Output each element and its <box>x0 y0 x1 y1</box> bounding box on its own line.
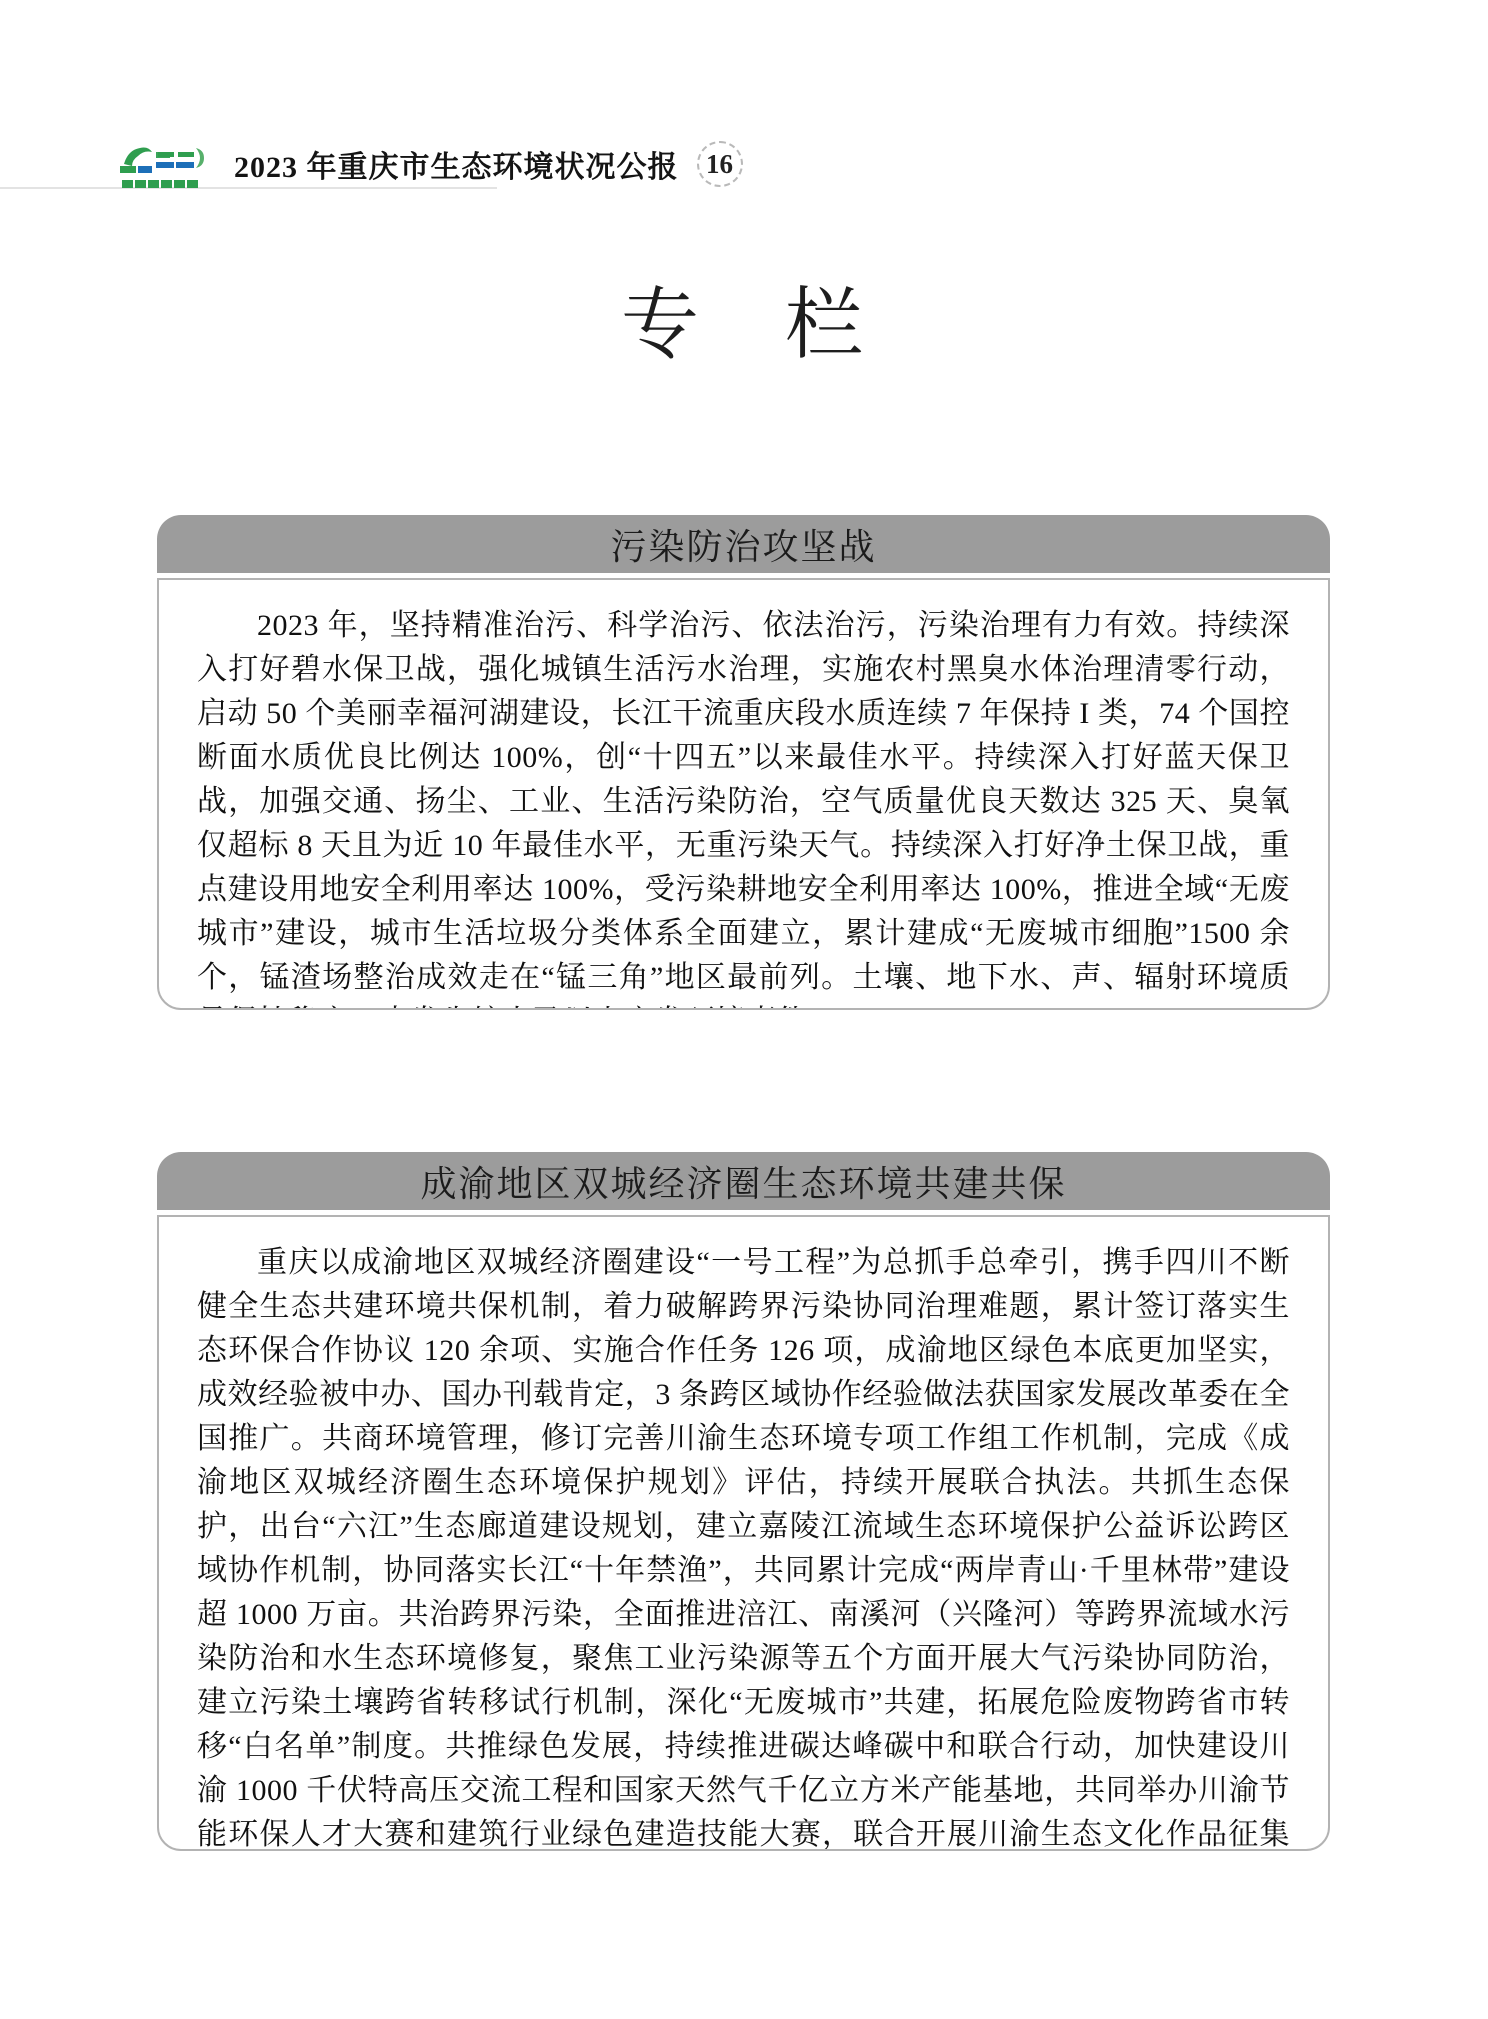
running-header: 2023 年重庆市生态环境状况公报 16 <box>118 138 743 190</box>
section-chengyu-circle: 成渝地区双城经济圈生态环境共建共保 重庆以成渝地区双城经济圈建设“一号工程”为总… <box>157 1152 1330 1851</box>
agency-logo-caption <box>122 180 198 188</box>
document-page: 2023 年重庆市生态环境状况公报 16 专 栏 污染防治攻坚战 2023 年，… <box>0 0 1488 2019</box>
section-body: 2023 年，坚持精准治污、科学治污、依法治污，污染治理有力有效。持续深入打好碧… <box>157 578 1330 1010</box>
section-pollution-battle: 污染防治攻坚战 2023 年，坚持精准治污、科学治污、依法治污，污染治理有力有效… <box>157 515 1330 1010</box>
section-header: 成渝地区双城经济圈生态环境共建共保 <box>157 1152 1330 1210</box>
page-number-badge: 16 <box>697 141 743 187</box>
page-title: 专 栏 <box>0 262 1488 374</box>
agency-logo-mark <box>118 138 220 190</box>
section-paragraph: 2023 年，坚持精准治污、科学治污、依法治污，污染治理有力有效。持续深入打好碧… <box>197 604 1290 1010</box>
section-header: 污染防治攻坚战 <box>157 515 1330 573</box>
section-title: 成渝地区双城经济圈生态环境共建共保 <box>420 1156 1066 1207</box>
section-paragraph: 重庆以成渝地区双城经济圈建设“一号工程”为总抓手总牵引，携手四川不断健全生态共建… <box>197 1241 1290 1851</box>
agency-logo <box>118 138 220 190</box>
bulletin-title: 2023 年重庆市生态环境状况公报 <box>234 142 679 186</box>
section-title: 污染防治攻坚战 <box>610 519 876 570</box>
section-body: 重庆以成渝地区双城经济圈建设“一号工程”为总抓手总牵引，携手四川不断健全生态共建… <box>157 1215 1330 1851</box>
